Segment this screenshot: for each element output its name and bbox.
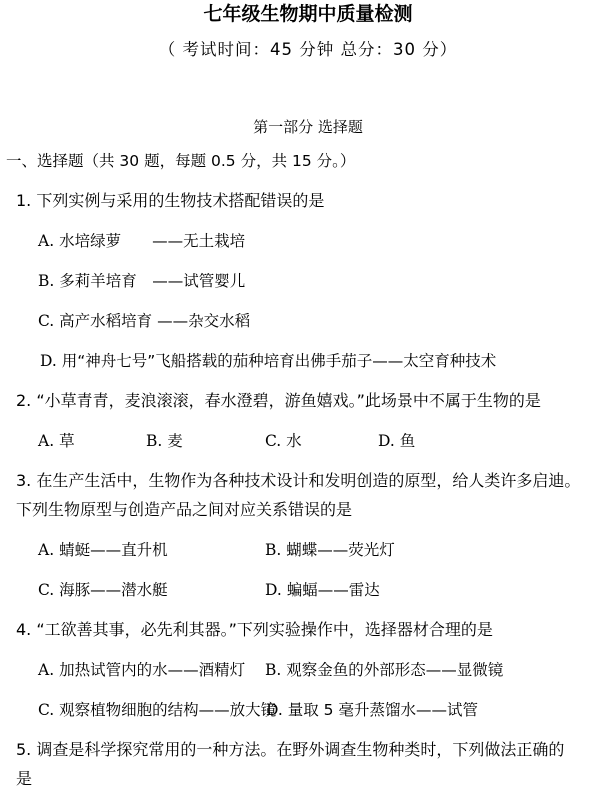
option-label: C. [265,432,281,450]
option-text: 草 [59,432,75,450]
exam-info: （ 考试时间：45 分钟 总分：30 分） [0,40,616,60]
option-label: B. [265,661,281,679]
option-text: 蝴蝶——荧光灯 [286,541,395,559]
question-1-option-a: A. 水培绿萝 ——无土栽培 [38,231,245,251]
option-label: B. [146,432,162,450]
question-3-option-b: B. 蝴蝶——荧光灯 [265,540,395,560]
question-5-stem: 5. 调查是科学探究常用的一种方法。在野外调查生物种类时，下列做法正确的 [16,740,564,760]
question-3-option-a: A. 蜻蜓——直升机 [38,540,168,560]
question-3-option-c: C. 海豚——潜水艇 [38,580,168,600]
option-label: A. [38,661,54,679]
option-text: 蝙蝠——雷达 [287,581,380,599]
option-text: 高产水稻培育 ——杂交水稻 [59,312,250,330]
option-text: 加热试管内的水——酒精灯 [59,661,245,679]
question-3-option-d: D. 蝙蝠——雷达 [265,580,380,600]
question-3-stem-line2: 下列生物原型与创造产品之间对应关系错误的是 [16,500,352,520]
option-label: A. [38,541,54,559]
question-5-stem-line2: 是 [16,769,32,789]
option-text: 用“神舟七号”飞船搭载的茄种培育出佛手茄子——太空育种技术 [62,352,497,370]
option-text: 海豚——潜水艇 [59,581,168,599]
option-label: C. [38,312,54,330]
question-4-option-a: A. 加热试管内的水——酒精灯 [38,660,245,680]
question-4-option-b: B. 观察金鱼的外部形态——显微镜 [265,660,503,680]
question-4-option-d: D. 量取 5 毫升蒸馏水——试管 [266,700,478,720]
option-text: 水培绿萝 ——无土栽培 [59,232,245,250]
option-label: A. [38,432,54,450]
option-text: 鱼 [400,432,416,450]
question-4-stem: 4. “工欲善其事，必先利其器。”下列实验操作中，选择器材合理的是 [16,620,493,640]
question-1-option-b: B. 多莉羊培育 ——试管婴儿 [38,271,245,291]
question-1-stem: 1. 下列实例与采用的生物技术搭配错误的是 [16,191,324,211]
option-text: 观察植物细胞的结构——放大镜 [59,701,276,719]
option-label: D. [378,432,395,450]
document-title: 七年级生物期中质量检测 [0,4,616,24]
part-heading: 第一部分 选择题 [0,117,616,137]
question-1-option-c: C. 高产水稻培育 ——杂交水稻 [38,311,250,331]
question-2-option-d: D. 鱼 [378,431,415,451]
question-4-option-c: C. 观察植物细胞的结构——放大镜 [38,700,276,720]
question-1-option-d: D. 用“神舟七号”飞船搭载的茄种培育出佛手茄子——太空育种技术 [40,351,496,371]
option-label: A. [38,232,54,250]
option-text: 观察金鱼的外部形态——显微镜 [286,661,503,679]
question-3-stem: 3. 在生产生活中，生物作为各种技术设计和发明创造的原型，给人类许多启迪。 [16,471,580,491]
option-text: 蜻蜓——直升机 [59,541,168,559]
option-label: D. [265,581,282,599]
section-heading: 一、选择题（共 30 题，每题 0.5 分，共 15 分。） [6,151,355,171]
option-text: 麦 [167,432,183,450]
option-text: 多莉羊培育 ——试管婴儿 [59,272,245,290]
option-label: C. [38,701,54,719]
option-text: 水 [286,432,302,450]
option-text: 量取 5 毫升蒸馏水——试管 [288,701,478,719]
question-2-option-c: C. 水 [265,431,302,451]
option-label: D. [266,701,283,719]
option-label: B. [265,541,281,559]
question-2-option-b: B. 麦 [146,431,183,451]
option-label: C. [38,581,54,599]
question-2-stem: 2. “小草青青，麦浪滚滚，春水澄碧，游鱼嬉戏。”此场景中不属于生物的是 [16,391,541,411]
option-label: D. [40,352,57,370]
option-label: B. [38,272,54,290]
question-2-option-a: A. 草 [38,431,75,451]
